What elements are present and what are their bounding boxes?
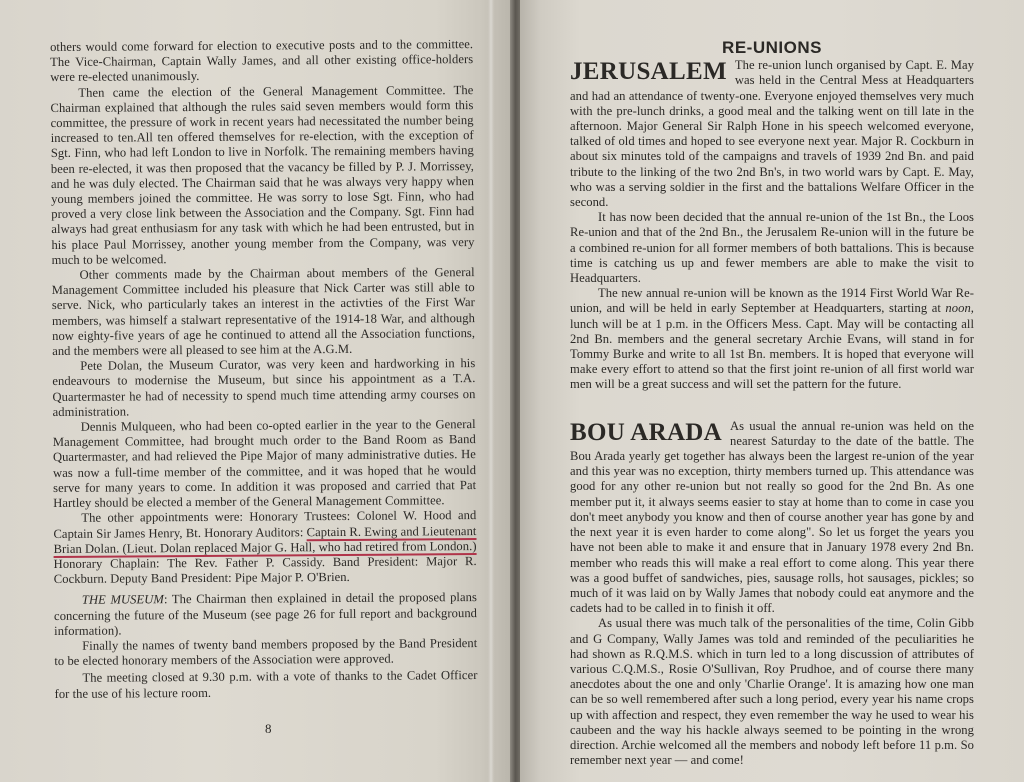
paragraph-text: The new annual re-union will be known as… xyxy=(570,286,974,315)
appointments-paragraph: The other appointments were: Honorary Tr… xyxy=(53,508,477,587)
paragraph: Then came the election of the General Ma… xyxy=(50,83,474,268)
paragraph-text: lunch will be at 1 p.m. in the Officers … xyxy=(570,317,974,392)
reunion-bou-arada: BOU ARADA As usual the annual re-union w… xyxy=(570,419,974,769)
section-title: RE-UNIONS xyxy=(570,40,974,55)
museum-paragraph: THE MUSEUM: The Chairman then explained … xyxy=(54,590,477,639)
page-number: 8 xyxy=(265,721,272,737)
paragraph: Finally the names of twenty band members… xyxy=(54,636,477,669)
paragraph: Other comments made by the Chairman abou… xyxy=(52,265,476,359)
reunion-heading: BOU ARADA xyxy=(570,420,722,446)
open-book-spread: others would come forward for election t… xyxy=(0,0,1024,782)
paragraph: others would come forward for election t… xyxy=(50,37,473,86)
paragraph: It has now been decided that the annual … xyxy=(570,210,974,286)
left-page-text-column: others would come forward for election t… xyxy=(50,37,478,702)
left-page: others would come forward for election t… xyxy=(0,0,512,782)
paragraph: Pete Dolan, the Museum Curator, was very… xyxy=(52,356,475,420)
appointments-text: Honorary Chaplain: The Rev. Father P. Ca… xyxy=(54,554,477,586)
museum-heading: THE MUSEUM xyxy=(82,593,164,608)
reunion-heading: JERUSALEM xyxy=(570,59,727,85)
reunion-jerusalem: JERUSALEM The re-union lunch organised b… xyxy=(570,58,974,392)
paragraph: As usual there was much talk of the pers… xyxy=(570,616,974,768)
right-page-text-column: RE-UNIONS JERUSALEM The re-union lunch o… xyxy=(570,40,974,768)
italic-word: noon, xyxy=(945,301,974,315)
paragraph: Dennis Mulqueen, who had been co-opted e… xyxy=(53,417,477,511)
paragraph: The meeting closed at 9.30 p.m. with a v… xyxy=(54,668,477,701)
paragraph: As usual the annual re-union was held on… xyxy=(570,419,974,617)
right-page: RE-UNIONS JERUSALEM The re-union lunch o… xyxy=(520,0,1024,782)
paragraph: The new annual re-union will be known as… xyxy=(570,286,974,392)
